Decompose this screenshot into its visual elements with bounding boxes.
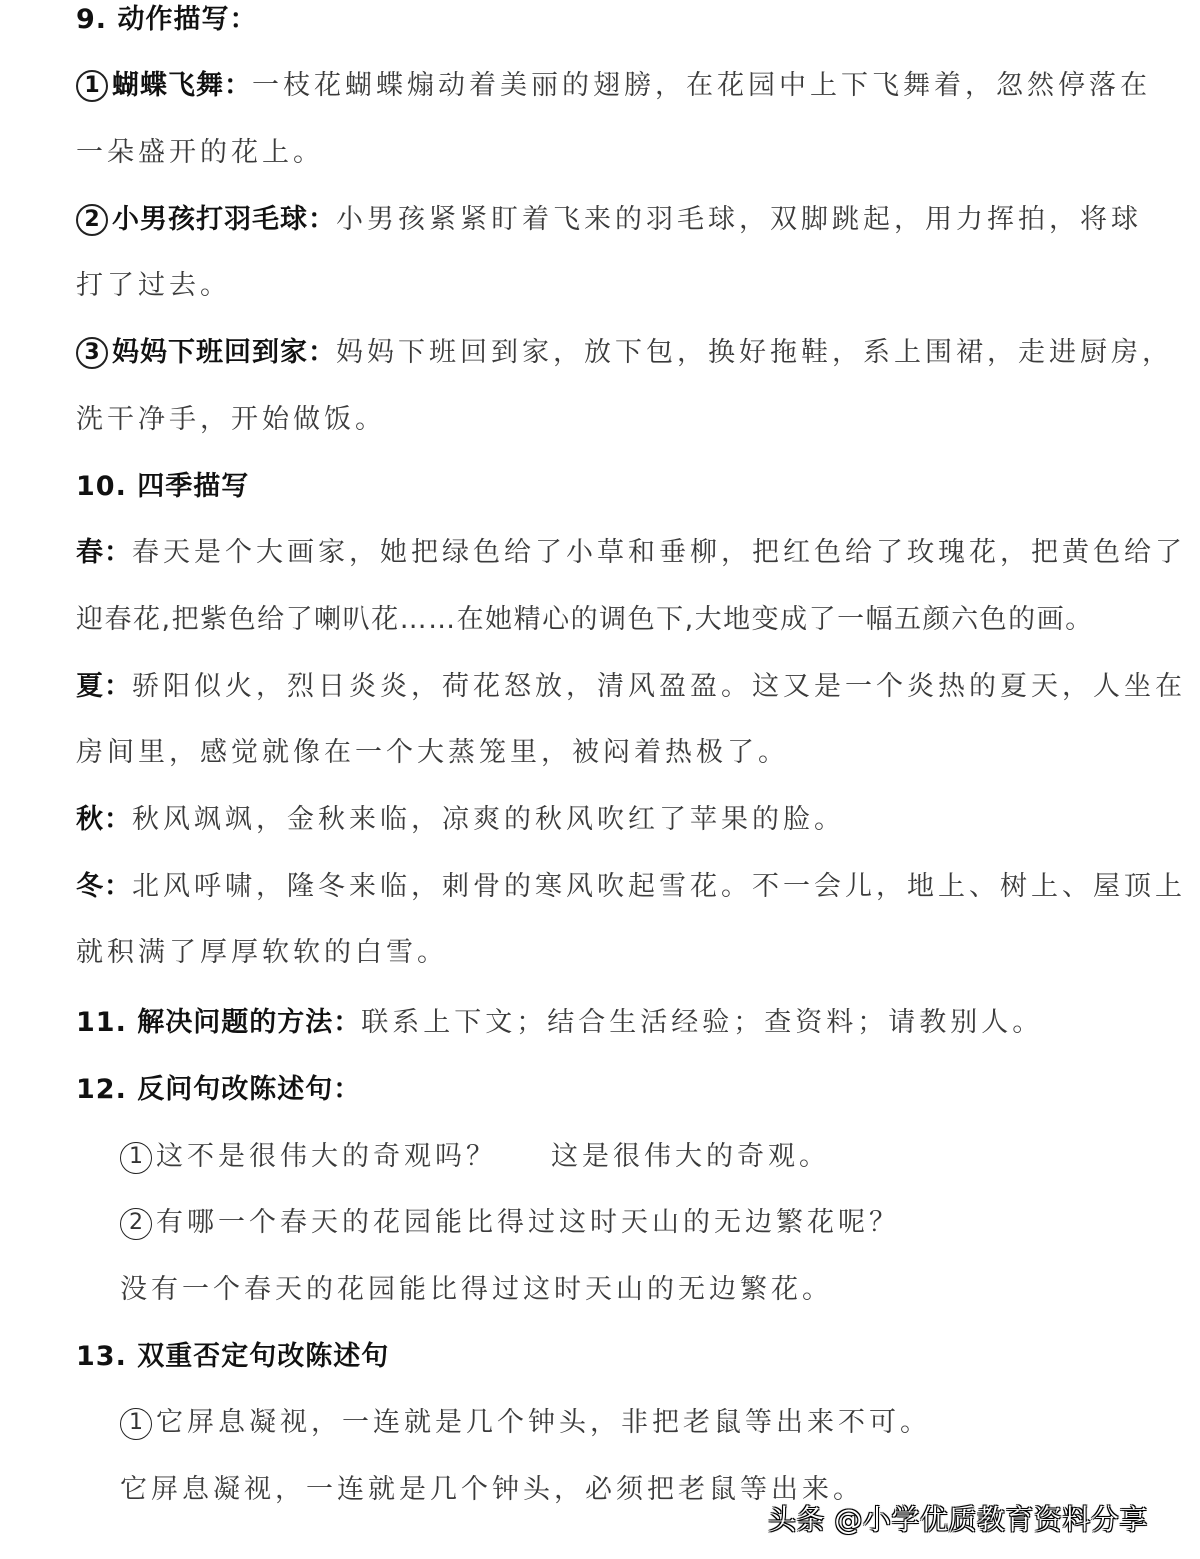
season-summer: 夏：骄阳似火，烈日炎炎，荷花怒放，清风盈盈。这又是一个炎热的夏天，人坐在 xyxy=(76,667,1186,707)
season-label: 冬： xyxy=(76,871,132,902)
season-spring-cont: 迎春花,把紫色给了喇叭花……在她精心的调色下,大地变成了一幅五颜六色的画。 xyxy=(76,600,1094,640)
sentence-text: 它屏息凝视，一连就是几个钟头，非把老鼠等出来不可。 xyxy=(156,1407,931,1438)
item-label: 小男孩打羽毛球： xyxy=(112,204,336,235)
section-12-title: 12. 反问句改陈述句： xyxy=(76,1070,361,1110)
section-11-title: 11. 解决问题的方法： xyxy=(76,1007,361,1038)
season-label: 秋： xyxy=(76,804,132,835)
circled-number: 2 xyxy=(120,1208,152,1240)
season-winter: 冬：北风呼啸，隆冬来临，刺骨的寒风吹起雪花。不一会儿，地上、树上、屋顶上 xyxy=(76,867,1186,907)
season-text: 骄阳似火，烈日炎炎，荷花怒放，清风盈盈。这又是一个炎热的夏天，人坐在 xyxy=(132,671,1186,702)
section-9-title: 9. 动作描写： xyxy=(76,0,257,40)
watermark: 头条 @小学优质教育资料分享 xyxy=(768,1500,1148,1540)
section-10-title: 10. 四季描写 xyxy=(76,467,249,507)
circled-number: 1 xyxy=(76,70,108,102)
action-item-2-cont: 打了过去。 xyxy=(76,266,231,306)
rhetorical-item-1: 1这不是很伟大的奇观吗？这是很伟大的奇观。 xyxy=(120,1137,830,1177)
season-text: 北风呼啸，隆冬来临，刺骨的寒风吹起雪花。不一会儿，地上、树上、屋顶上 xyxy=(132,871,1186,902)
double-negative-item-1-answer: 它屏息凝视，一连就是几个钟头，必须把老鼠等出来。 xyxy=(120,1470,864,1510)
item-label: 蝴蝶飞舞： xyxy=(112,70,252,101)
rhetorical-item-2-answer: 没有一个春天的花园能比得过这时天山的无边繁花。 xyxy=(120,1270,833,1310)
season-label: 夏： xyxy=(76,671,132,702)
question-text: 有哪一个春天的花园能比得过这时天山的无边繁花呢？ xyxy=(156,1207,900,1238)
item-text: 一枝花蝴蝶煽动着美丽的翅膀，在花园中上下飞舞着，忽然停落在 xyxy=(252,70,1151,101)
action-item-2: 2小男孩打羽毛球：小男孩紧紧盯着飞来的羽毛球，双脚跳起，用力挥拍，将球 xyxy=(76,200,1142,240)
circled-number: 3 xyxy=(76,337,108,369)
season-autumn: 秋：秋风飒飒，金秋来临，凉爽的秋风吹红了苹果的脸。 xyxy=(76,800,845,840)
season-label: 春： xyxy=(76,537,132,568)
item-text: 小男孩紧紧盯着飞来的羽毛球，双脚跳起，用力挥拍，将球 xyxy=(336,204,1142,235)
item-label: 妈妈下班回到家： xyxy=(112,337,336,368)
action-item-3: 3妈妈下班回到家：妈妈下班回到家，放下包，换好拖鞋，系上围裙，走进厨房， xyxy=(76,333,1173,373)
circled-number: 1 xyxy=(120,1408,152,1440)
season-winter-cont: 就积满了厚厚软软的白雪。 xyxy=(76,933,448,973)
circled-number: 1 xyxy=(120,1142,152,1174)
action-item-3-cont: 洗干净手，开始做饭。 xyxy=(76,400,386,440)
season-spring: 春：春天是个大画家，她把绿色给了小草和垂柳，把红色给了玫瑰花，把黄色给了 xyxy=(76,533,1186,573)
season-summer-cont: 房间里，感觉就像在一个大蒸笼里，被闷着热极了。 xyxy=(76,733,789,773)
action-item-1: 1蝴蝶飞舞：一枝花蝴蝶煽动着美丽的翅膀，在花园中上下飞舞着，忽然停落在 xyxy=(76,66,1151,106)
question-text: 这不是很伟大的奇观吗？ xyxy=(156,1141,497,1172)
action-item-1-cont: 一朵盛开的花上。 xyxy=(76,133,324,173)
item-text: 妈妈下班回到家，放下包，换好拖鞋，系上围裙，走进厨房， xyxy=(336,337,1173,368)
circled-number: 2 xyxy=(76,204,108,236)
double-negative-item-1: 1它屏息凝视，一连就是几个钟头，非把老鼠等出来不可。 xyxy=(120,1403,931,1443)
section-11-text: 联系上下文；结合生活经验；查资料；请教别人。 xyxy=(361,1007,1043,1038)
section-13-title: 13. 双重否定句改陈述句 xyxy=(76,1337,389,1377)
rhetorical-item-2: 2有哪一个春天的花园能比得过这时天山的无边繁花呢？ xyxy=(120,1203,900,1243)
section-11: 11. 解决问题的方法：联系上下文；结合生活经验；查资料；请教别人。 xyxy=(76,1003,1043,1043)
season-text: 春天是个大画家，她把绿色给了小草和垂柳，把红色给了玫瑰花，把黄色给了 xyxy=(132,537,1186,568)
answer-text: 这是很伟大的奇观。 xyxy=(551,1141,830,1172)
season-text: 秋风飒飒，金秋来临，凉爽的秋风吹红了苹果的脸。 xyxy=(132,804,845,835)
